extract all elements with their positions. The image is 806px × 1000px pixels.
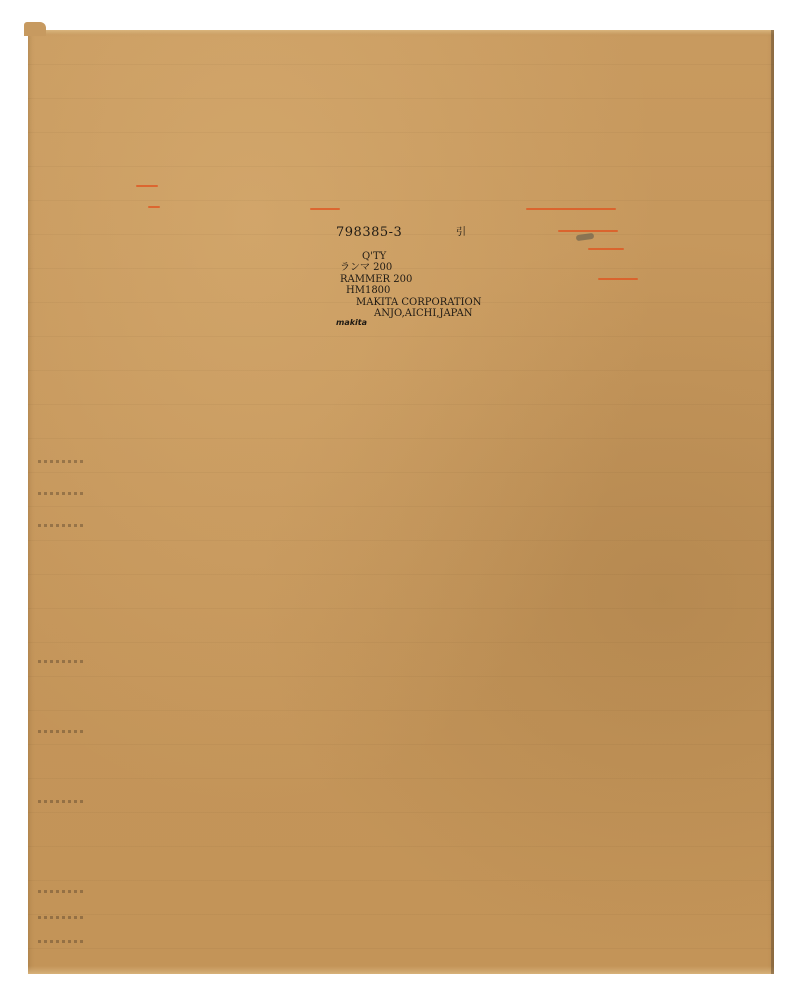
stamp-corner-glyph: 引 xyxy=(456,227,466,239)
tape-residue xyxy=(136,185,158,187)
left-edge-mark xyxy=(38,940,83,943)
left-edge-mark xyxy=(38,660,83,663)
tape-residue xyxy=(310,208,340,210)
product-name: RAMMER 200 xyxy=(340,274,481,286)
manufacturer-address: ANJO,AICHI,JAPAN xyxy=(374,308,481,320)
left-edge-mark xyxy=(38,524,83,527)
tape-residue xyxy=(558,230,618,232)
tape-residue xyxy=(148,206,160,208)
tape-residue xyxy=(588,248,624,250)
tape-residue xyxy=(598,278,638,280)
left-edge-mark xyxy=(38,492,83,495)
quantity-japanese: ランマ 200 xyxy=(340,262,481,274)
model-number: HM1800 xyxy=(346,285,481,297)
shipping-stamp: 798385-3 引 Q'TY ランマ 200 RAMMER 200 HM180… xyxy=(336,226,481,327)
manufacturer: MAKITA CORPORATION xyxy=(356,297,481,309)
tape-residue xyxy=(526,208,616,210)
left-edge-mark xyxy=(38,800,83,803)
ink-smudge xyxy=(576,233,595,241)
quantity-label: Q'TY xyxy=(362,251,481,263)
left-edge-mark xyxy=(38,460,83,463)
left-edge-mark xyxy=(38,730,83,733)
box-top-edge xyxy=(28,30,774,35)
left-edge-mark xyxy=(38,916,83,919)
left-edge-mark xyxy=(38,890,83,893)
cardboard-box: 798385-3 引 Q'TY ランマ 200 RAMMER 200 HM180… xyxy=(28,30,774,974)
torn-corner-flap xyxy=(24,22,46,36)
box-bottom-edge xyxy=(28,966,774,974)
box-right-edge xyxy=(771,30,774,974)
